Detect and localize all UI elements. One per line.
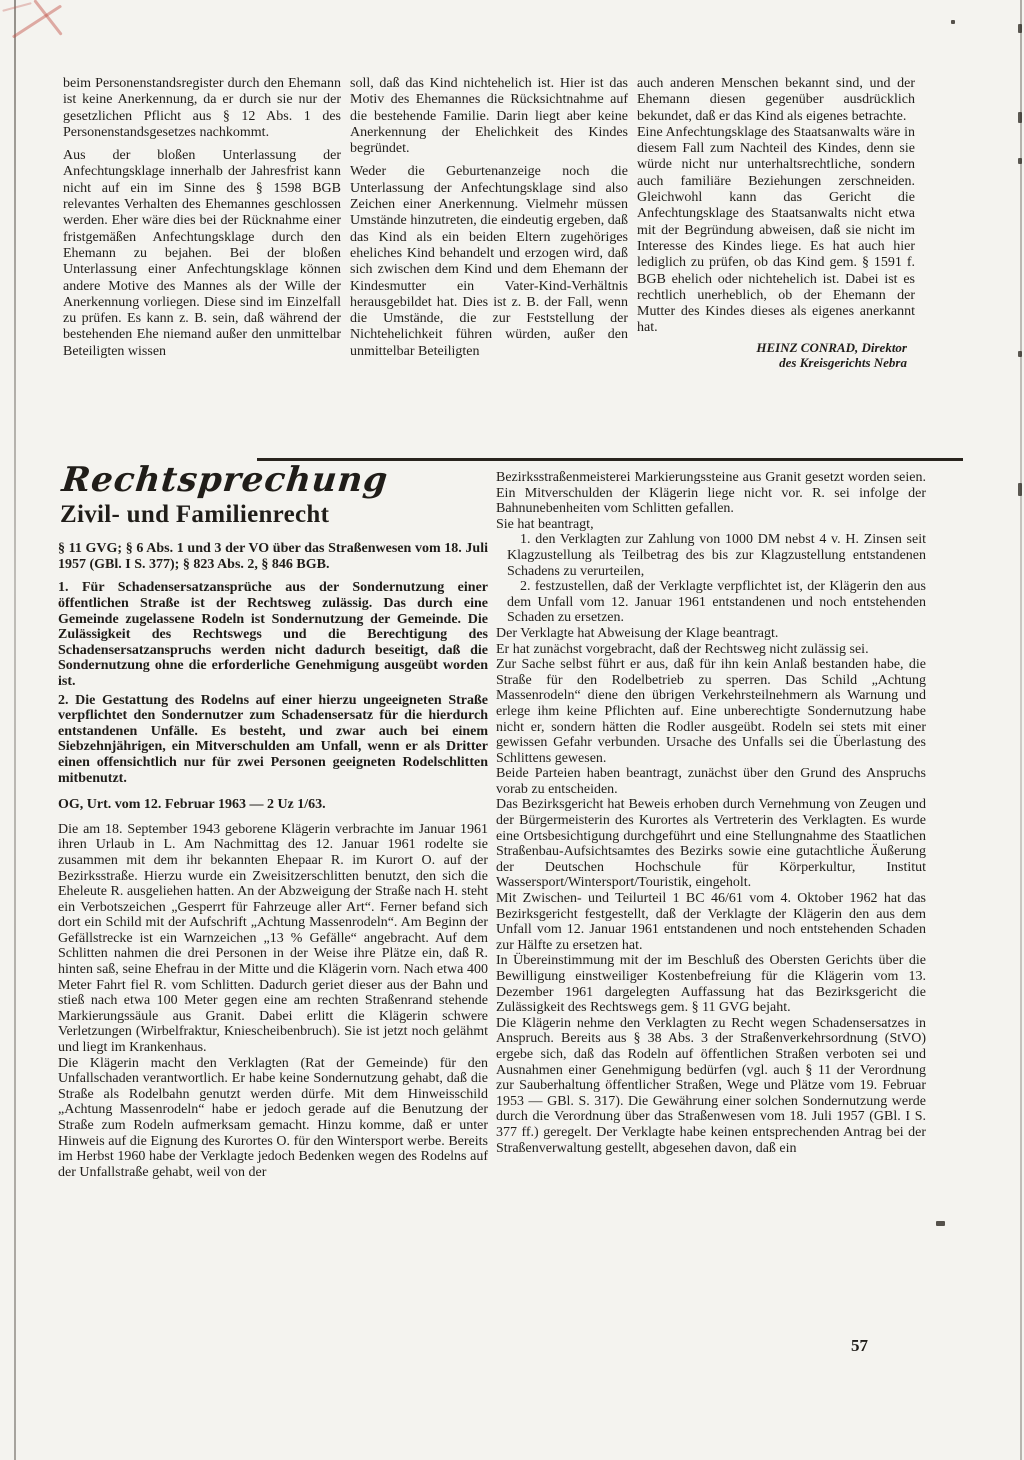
section-title-rechtsprechung: Rechtsprechung xyxy=(60,462,390,498)
statute-references: § 11 GVG; § 6 Abs. 1 und 3 der VO über d… xyxy=(58,541,488,573)
scan-edge-smudge xyxy=(1018,483,1022,496)
author-name: HEINZ CONRAD, Direktor xyxy=(637,340,907,355)
article-paragraph: Weder die Geburtenanzeige noch die Unter… xyxy=(350,164,628,360)
case-paragraph: Zur Sache selbst führt er aus, daß für i… xyxy=(496,657,926,766)
top-article: beim Personenstandsregister durch den Eh… xyxy=(63,76,915,370)
case-citation: OG, Urt. vom 12. Februar 1963 — 2 Uz 1/6… xyxy=(58,797,488,813)
scan-edge-smudge xyxy=(1018,112,1022,123)
scan-speck xyxy=(951,20,955,24)
scanned-journal-page: beim Personenstandsregister durch den Eh… xyxy=(0,0,1024,1460)
section-subtitle-zivilrecht: Zivil- und Familienrecht xyxy=(60,501,329,528)
article-paragraph: soll, daß das Kind nichtehelich ist. Hie… xyxy=(350,76,628,157)
scan-left-edge-line xyxy=(14,0,16,1460)
article-paragraph: Aus der bloßen Unterlassung der Anfechtu… xyxy=(63,148,341,360)
scan-right-edge-line xyxy=(1020,0,1022,1460)
case-paragraph: Sie hat beantragt, xyxy=(496,517,926,533)
scan-edge-smudge xyxy=(1018,351,1022,357)
case-paragraph: Die Klägerin nehme den Verklagten zu Rec… xyxy=(496,1016,926,1156)
case-paragraph: In Übereinstimmung mit der im Beschluß d… xyxy=(496,953,926,1015)
scan-speck xyxy=(936,1221,945,1226)
red-pen-mark xyxy=(2,2,31,12)
article-paragraph: Eine Anfechtungsklage des Staatsanwalts … xyxy=(637,125,915,337)
author-signature: HEINZ CONRAD, Direktor des Kreisgerichts… xyxy=(637,340,915,370)
red-pen-mark xyxy=(12,4,62,38)
case-paragraph: Er hat zunächst vorgebracht, daß der Rec… xyxy=(496,642,926,658)
case-report-left-column: § 11 GVG; § 6 Abs. 1 und 3 der VO über d… xyxy=(58,541,488,1180)
top-article-column-3: auch anderen Menschen bekannt sind, und … xyxy=(637,76,915,370)
case-paragraph: Die am 18. September 1943 geborene Kläge… xyxy=(58,822,488,1056)
headnote-2: 2. Die Gestattung des Rodelns auf einer … xyxy=(58,693,488,787)
case-paragraph: Beide Parteien haben beantragt, zunächst… xyxy=(496,766,926,797)
article-paragraph: beim Personenstandsregister durch den Eh… xyxy=(63,76,341,141)
case-report-right-column: Bezirksstraßenmeisterei Markierungsstein… xyxy=(496,470,926,1156)
article-paragraph: auch anderen Menschen bekannt sind, und … xyxy=(637,76,915,125)
top-article-column-2: soll, daß das Kind nichtehelich ist. Hie… xyxy=(350,76,628,370)
claim-item-1: 1. den Verklagten zur Zahlung von 1000 D… xyxy=(496,532,926,579)
author-role: des Kreisgerichts Nebra xyxy=(637,355,907,370)
scan-edge-smudge xyxy=(1018,24,1022,33)
case-paragraph: Bezirksstraßenmeisterei Markierungsstein… xyxy=(496,470,926,517)
scan-edge-smudge xyxy=(1018,158,1022,164)
top-article-column-1: beim Personenstandsregister durch den Eh… xyxy=(63,76,341,370)
case-paragraph: Die Klägerin macht den Verklagten (Rat d… xyxy=(58,1056,488,1181)
case-paragraph: Das Bezirksgericht hat Beweis erhoben du… xyxy=(496,797,926,891)
claim-item-2: 2. festzustellen, daß der Verklagte verp… xyxy=(496,579,926,626)
page-number: 57 xyxy=(851,1336,868,1356)
case-paragraph: Der Verklagte hat Abweisung der Klage be… xyxy=(496,626,926,642)
case-paragraph: Mit Zwischen- und Teilurteil 1 BC 46/61 … xyxy=(496,891,926,953)
headnote-1: 1. Für Schadensersatzansprüche aus der S… xyxy=(58,580,488,689)
